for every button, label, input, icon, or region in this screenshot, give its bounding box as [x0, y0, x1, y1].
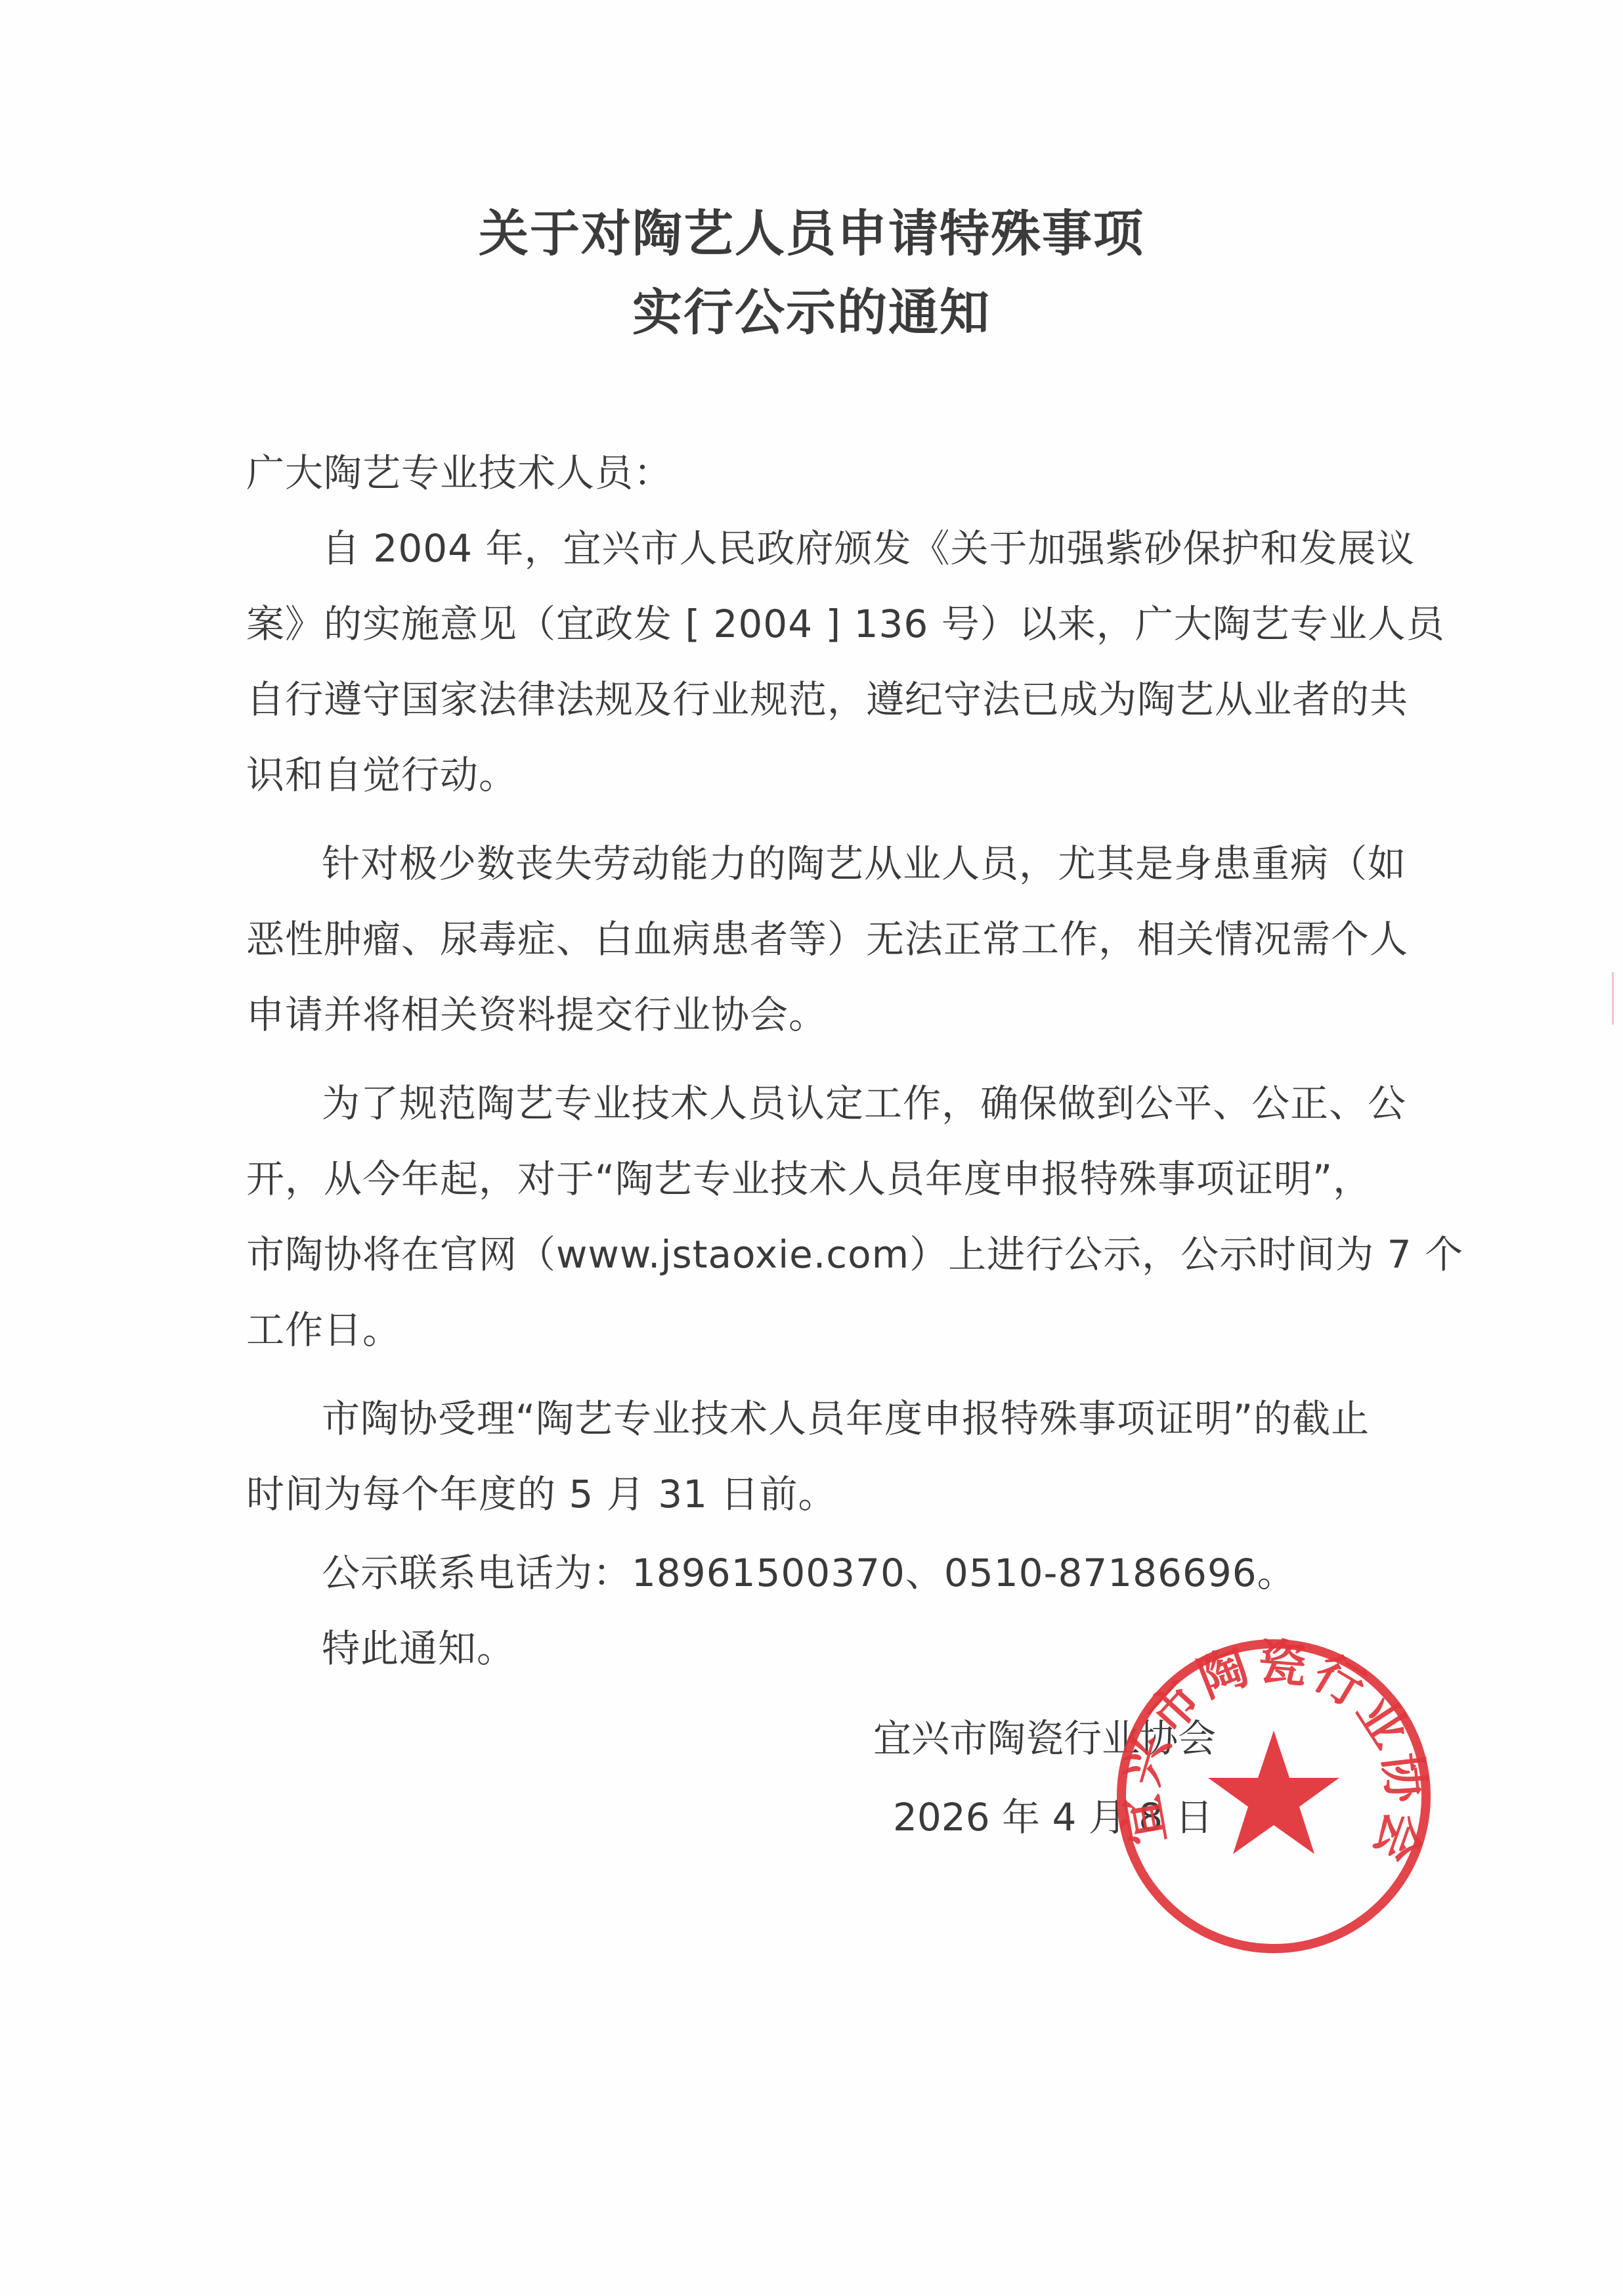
paragraph-1-line-4: 识和自觉行动。 — [246, 752, 1382, 798]
seal-star-icon — [1208, 1731, 1339, 1854]
document-page: 关于对陶艺人员申请特殊事项 实行公示的通知 广大陶艺专业技术人员： 自 2004… — [0, 0, 1623, 2296]
title-line-2: 实行公示的通知 — [0, 273, 1623, 344]
scan-edge-mark — [1612, 972, 1614, 1025]
paragraph-2-line-3: 申请并将相关资料提交行业协会。 — [246, 992, 1382, 1038]
paragraph-2-line-1: 针对极少数丧失劳动能力的陶艺从业人员，尤其是身患重病（如 — [322, 841, 1458, 887]
title-line-1: 关于对陶艺人员申请特殊事项 — [0, 194, 1623, 265]
paragraph-3-line-3: 市陶协将在官网（www.jstaoxie.com）上进行公示，公示时间为 7 个 — [246, 1231, 1382, 1277]
paragraph-2-line-2: 恶性肿瘤、尿毒症、白血病患者等）无法正常工作，相关情况需个人 — [246, 916, 1382, 962]
official-seal-icon: 宜兴市陶瓷行业协会 — [1110, 1632, 1438, 1960]
paragraph-3-line-1: 为了规范陶艺专业技术人员认定工作，确保做到公平、公正、公 — [322, 1080, 1458, 1126]
paragraph-3-line-4: 工作日。 — [246, 1307, 1382, 1353]
contact-phone-line: 公示联系电话为：18961500370、0510-87186696。 — [322, 1550, 1458, 1596]
paragraph-3-line-2: 开，从今年起，对于“陶艺专业技术人员年度申报特殊事项证明”， — [246, 1156, 1382, 1202]
paragraph-1-line-2: 案》的实施意见（宜政发 [ 2004 ] 136 号）以来，广大陶艺专业人员 — [246, 601, 1382, 647]
paragraph-4-line-1: 市陶协受理“陶艺专业技术人员年度申报特殊事项证明”的截止 — [322, 1396, 1458, 1442]
paragraph-1-line-3: 自行遵守国家法律法规及行业规范，遵纪守法已成为陶艺从业者的共 — [246, 676, 1382, 722]
paragraph-4-line-2: 时间为每个年度的 5 月 31 日前。 — [246, 1471, 1382, 1517]
paragraph-1-line-1: 自 2004 年，宜兴市人民政府颁发《关于加强紫砂保护和发展议 — [322, 525, 1382, 571]
salutation: 广大陶艺专业技术人员： — [246, 450, 1382, 496]
